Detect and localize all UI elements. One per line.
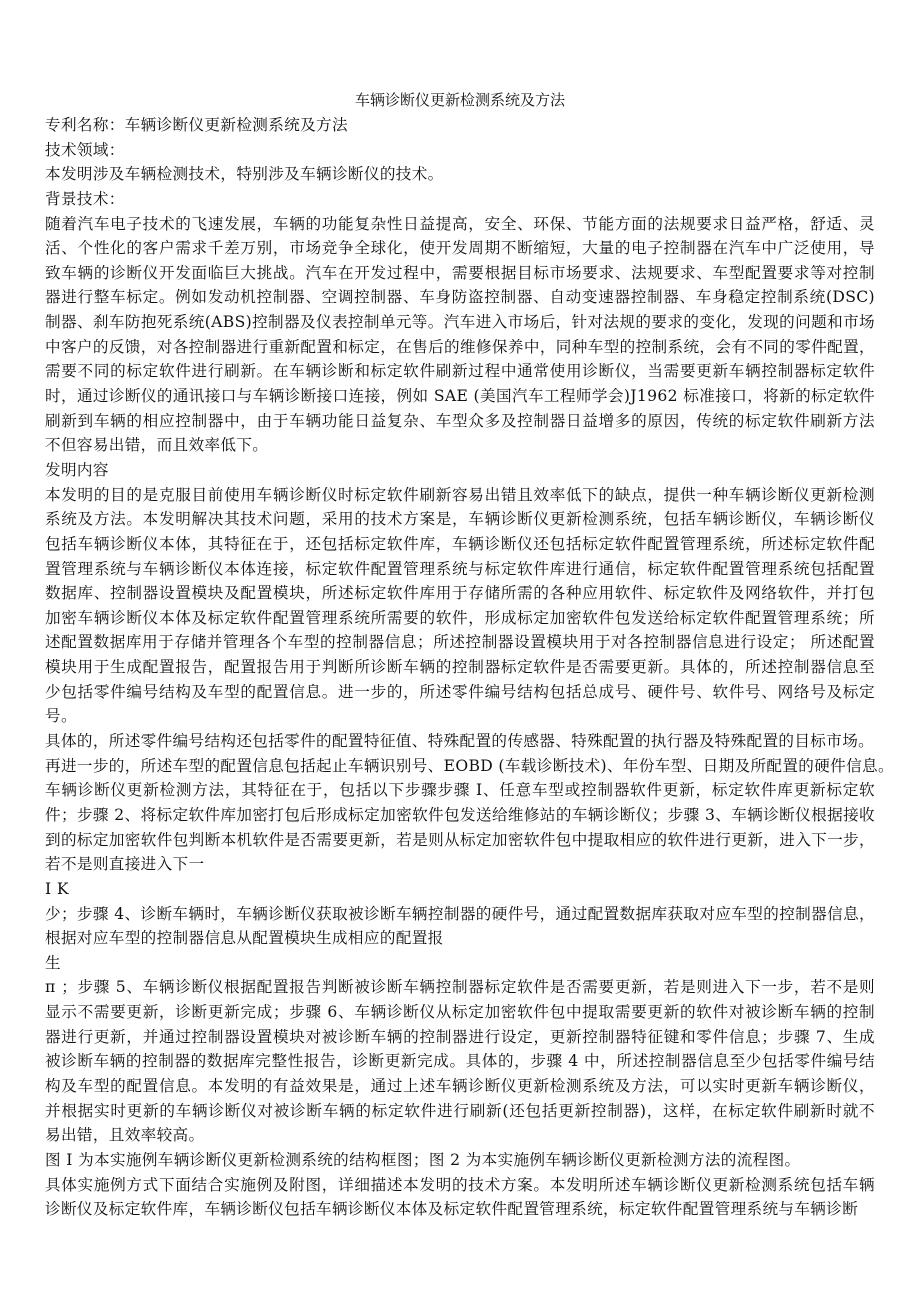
- text-line: 再进一步的，所述车型的配置信息包括起止车辆识别号、EOBD (车载诊断技术)、年…: [45, 754, 880, 779]
- paragraph-method-steps-1-3: 车辆诊断仪更新检测方法，其特征在于，包括以下步骤步骤 I、任意车型或控制器软件更…: [45, 778, 880, 877]
- text-line: 加密车辆诊断仪本体及标定软件配置管理系统所需要的软件，形成标定加密软件包发送给标…: [45, 606, 875, 631]
- text-line: 具体实施例方式下面结合实施例及附图，详细描述本发明的技术方案。本发明所述车辆诊断…: [45, 1173, 875, 1198]
- text-line: 若不是则直接进入下一: [45, 852, 880, 877]
- text-line: 被诊断车辆的控制器的数据库完整性报告，诊断更新完成。具体的，步骤 4 中，所述控…: [45, 1049, 875, 1074]
- text-line: 显示不需要更新，诊断更新完成；步骤 6、车辆诊断仪从标定加密软件包中提取需要更新…: [45, 1000, 875, 1025]
- text-line: 致车辆的诊断仪开发面临巨大挑战。汽车在开发过程中，需要根据目标市场要求、法规要求…: [45, 261, 875, 286]
- text-line: 系统及方法。本发明解决其技术问题，采用的技术方案是，车辆诊断仪更新检测系统，包括…: [45, 507, 875, 532]
- text-line: 需要不同的标定软件进行刷新。在车辆诊断和标定软件刷新过程中通常使用诊断仪，当需要…: [45, 359, 875, 384]
- text-line: 时，通过诊断仪的通讯接口与车辆诊断接口连接，例如 SAE (美国汽车工程师学会)…: [45, 384, 875, 409]
- text-line: 少；步骤 4、诊断车辆时，车辆诊断仪获取被诊断车辆控制器的硬件号，通过配置数据库…: [45, 902, 875, 927]
- text-line: 号。: [45, 704, 880, 729]
- text-line: 图 I 为本实施例车辆诊断仪更新检测系统的结构框图；图 2 为本实施例车辆诊断仪…: [45, 1148, 880, 1173]
- paragraph-part-number-structure: 具体的，所述零件编号结构还包括零件的配置特征值、特殊配置的传感器、特殊配置的执行…: [45, 729, 880, 754]
- paragraph-embodiment: 具体实施例方式下面结合实施例及附图，详细描述本发明的技术方案。本发明所述车辆诊断…: [45, 1173, 880, 1222]
- text-line: 车辆诊断仪更新检测方法，其特征在于，包括以下步骤步骤 I、任意车型或控制器软件更…: [45, 778, 875, 803]
- text-line: 数据库、控制器设置模块及配置模块，所述标定软件库用于存储所需的各种应用软件、标定…: [45, 581, 875, 606]
- paragraph-heading-technical-field: 技术领域：: [45, 138, 880, 163]
- paragraph-patent-name: 专利名称：车辆诊断仪更新检测系统及方法: [45, 113, 880, 138]
- text-line: 包括车辆诊断仪本体，其特征在于，还包括标定软件库，车辆诊断仪还包括标定软件配置管…: [45, 532, 875, 557]
- text-line: 到的标定加密软件包判断本机软件是否需要更新，若是则从标定加密软件包中提取相应的软…: [45, 828, 875, 853]
- text-line: 件；步骤 2、将标定软件库加密打包后形成标定加密软件包发送给维修站的车辆诊断仪；…: [45, 803, 875, 828]
- paragraph-ocr-fragment-1: I K: [45, 877, 880, 902]
- text-line: 构及车型的配置信息。本发明的有益效果是，通过上述车辆诊断仪更新检测系统及方法，可…: [45, 1074, 875, 1099]
- paragraph-technical-field: 本发明涉及车辆检测技术，特别涉及车辆诊断仪的技术。: [45, 162, 880, 187]
- document-body: 专利名称：车辆诊断仪更新检测系统及方法技术领域：本发明涉及车辆检测技术，特别涉及…: [45, 113, 880, 1222]
- text-line: 易出错，且效率较高。: [45, 1123, 880, 1148]
- text-line: 器进行整车标定。例如发动机控制器、空调控制器、车身防盗控制器、自动变速器控制器、…: [45, 285, 875, 310]
- paragraph-background: 随着汽车电子技术的飞速发展，车辆的功能复杂性日益提高，安全、环保、节能方面的法规…: [45, 212, 880, 458]
- text-line: 随着汽车电子技术的飞速发展，车辆的功能复杂性日益提高，安全、环保、节能方面的法规…: [45, 212, 875, 237]
- text-line: 刷新到车辆的相应控制器中，由于车辆功能日益复杂、车型众多及控制器日益增多的原因，…: [45, 409, 875, 434]
- paragraph-invention-content: 本发明的目的是克服目前使用车辆诊断仪时标定软件刷新容易出错且效率低下的缺点，提供…: [45, 483, 880, 729]
- paragraph-ocr-fragment-2: 生: [45, 951, 880, 976]
- paragraph-vehicle-config-info: 再进一步的，所述车型的配置信息包括起止车辆识别号、EOBD (车载诊断技术)、年…: [45, 754, 880, 779]
- text-line: 模块用于生成配置报告，配置报告用于判断所诊断车辆的控制器标定软件是否需要更新。具…: [45, 655, 875, 680]
- text-line: π ；步骤 5、车辆诊断仪根据配置报告判断被诊断车辆控制器标定软件是否需要更新，…: [45, 975, 875, 1000]
- text-line: 诊断仪及标定软件库，车辆诊断仪包括车辆诊断仪本体及标定软件配置管理系统，标定软件…: [45, 1197, 880, 1222]
- text-line: 不但容易出错，而且效率低下。: [45, 433, 880, 458]
- text-line: 根据对应车型的控制器信息从配置模块生成相应的配置报: [45, 926, 880, 951]
- paragraph-method-steps-5-7: π ；步骤 5、车辆诊断仪根据配置报告判断被诊断车辆控制器标定软件是否需要更新，…: [45, 975, 880, 1147]
- paragraph-heading-background: 背景技术：: [45, 187, 880, 212]
- text-line: 背景技术：: [45, 187, 880, 212]
- paragraph-figure-description: 图 I 为本实施例车辆诊断仪更新检测系统的结构框图；图 2 为本实施例车辆诊断仪…: [45, 1148, 880, 1173]
- text-line: 技术领域：: [45, 138, 880, 163]
- paragraph-heading-invention-content: 发明内容: [45, 458, 880, 483]
- text-line: 中客户的反馈，对各控制器进行重新配置和标定，在售后的维修保养中，同种车型的控制系…: [45, 335, 875, 360]
- paragraph-method-step-4: 少；步骤 4、诊断车辆时，车辆诊断仪获取被诊断车辆控制器的硬件号，通过配置数据库…: [45, 902, 880, 951]
- text-line: 专利名称：车辆诊断仪更新检测系统及方法: [45, 113, 880, 138]
- text-line: 述配置数据库用于存储并管理各个车型的控制器信息；所述控制器设置模块用于对各控制器…: [45, 630, 875, 655]
- text-line: 制器、刹车防抱死系统(ABS)控制器及仪表控制单元等。汽车进入市场后，针对法规的…: [45, 310, 875, 335]
- text-line: 置管理系统与车辆诊断仪本体连接，标定软件配置管理系统与标定软件库进行通信，标定软…: [45, 557, 875, 582]
- text-line: 并根据实时更新的车辆诊断仪对被诊断车辆的标定软件进行刷新(还包括更新控制器)，这…: [45, 1099, 875, 1124]
- text-line: 发明内容: [45, 458, 880, 483]
- text-line: 生: [45, 951, 880, 976]
- document-page: 车辆诊断仪更新检测系统及方法 专利名称：车辆诊断仪更新检测系统及方法技术领域：本…: [0, 0, 920, 1302]
- text-line: 具体的，所述零件编号结构还包括零件的配置特征值、特殊配置的传感器、特殊配置的执行…: [45, 729, 880, 754]
- text-line: I K: [45, 877, 880, 902]
- text-line: 本发明涉及车辆检测技术，特别涉及车辆诊断仪的技术。: [45, 162, 880, 187]
- text-line: 活、个性化的客户需求千差万别，市场竞争全球化，使开发周期不断缩短，大量的电子控制…: [45, 236, 875, 261]
- text-line: 本发明的目的是克服目前使用车辆诊断仪时标定软件刷新容易出错且效率低下的缺点，提供…: [45, 483, 875, 508]
- text-line: 器进行更新，并通过控制器设置模块对被诊断车辆的控制器进行设定，更新控制器特征键和…: [45, 1025, 875, 1050]
- text-line: 少包括零件编号结构及车型的配置信息。进一步的，所述零件编号结构包括总成号、硬件号…: [45, 680, 875, 705]
- document-title: 车辆诊断仪更新检测系统及方法: [0, 89, 920, 111]
